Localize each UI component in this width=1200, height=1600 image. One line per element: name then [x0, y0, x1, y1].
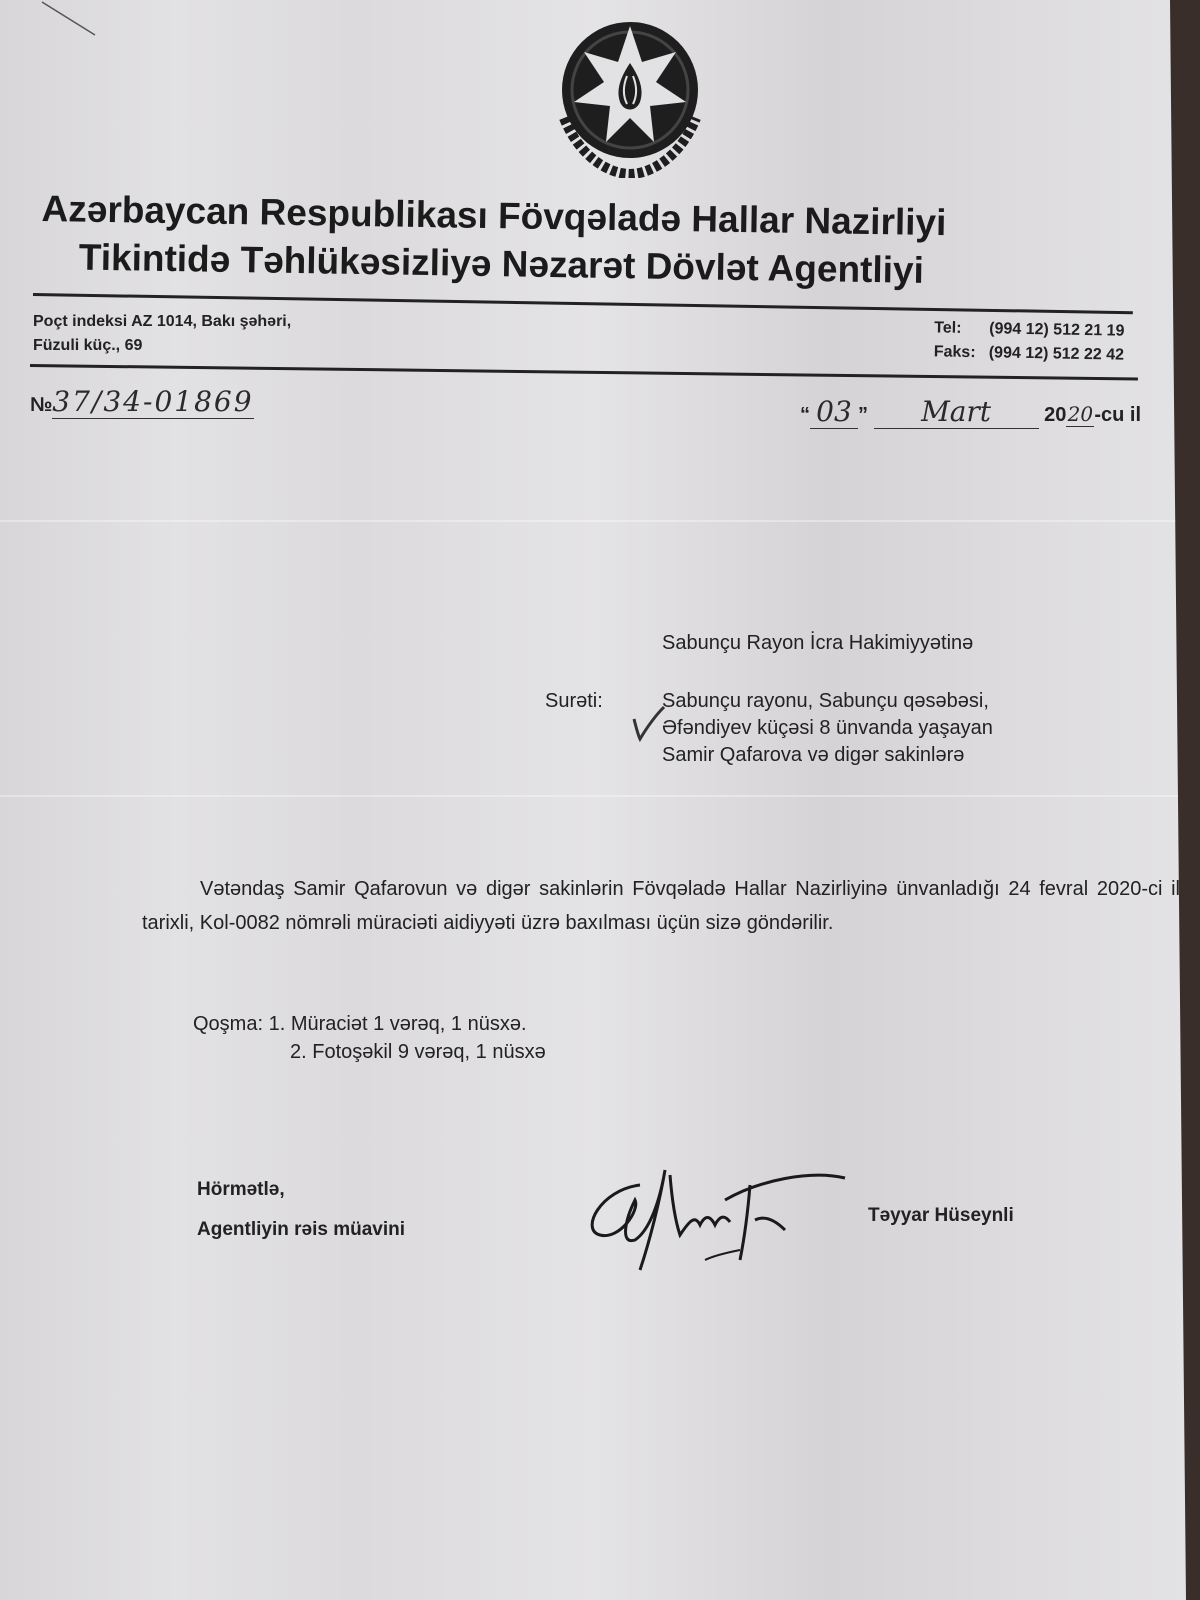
copy-line: Sabunçu rayonu, Sabunçu qəsəbəsi,	[662, 688, 993, 715]
organization-name: Azərbaycan Respublikası Fövqəladə Hallar…	[40, 185, 1141, 298]
letter-page: Azərbaycan Respublikası Fövqəladə Hallar…	[0, 0, 1186, 1600]
quote-close: ”	[858, 404, 868, 426]
copy-label: Surəti:	[545, 688, 603, 715]
pen-mark-icon	[40, 0, 100, 40]
attachments-label: Qoşma:	[193, 1013, 263, 1035]
copy-line: Əfəndiyev küçəsi 8 ünvanda yaşayan	[662, 715, 993, 742]
closing-block: Hörmətlə, Agentliyin rəis müavini	[197, 1170, 405, 1250]
date-day: 03	[810, 395, 858, 429]
fax-label: Faks:	[934, 340, 989, 365]
signer-position: Agentliyin rəis müavini	[197, 1210, 405, 1250]
paper-fold	[0, 795, 1186, 797]
attachment-item: 2. Fotoşəkil 9 vərəq, 1 nüsxə	[290, 1041, 546, 1063]
number-handwritten: 37/34-01869	[52, 385, 253, 419]
tel-label: Tel:	[934, 316, 989, 341]
divider	[30, 364, 1138, 381]
year-suffix: -cu il	[1094, 404, 1141, 426]
signer-name: Təyyar Hüseynli	[868, 1205, 1014, 1227]
address-line: Füzuli küç., 69	[33, 334, 291, 358]
year-prefix: 20	[1044, 404, 1066, 426]
number-sign: №	[30, 394, 52, 416]
body-paragraph: Vətəndaş Samir Qafarovun və digər sakinl…	[142, 872, 1180, 940]
tel-value: (994 12) 512 21 19	[989, 320, 1124, 339]
year-handwritten: 20	[1066, 402, 1094, 427]
recipient: Sabunçu Rayon İcra Hakimiyyətinə	[662, 632, 973, 655]
document-date: “03” Mart 2020-cu il	[800, 395, 1141, 429]
handwritten-signature-icon	[580, 1160, 850, 1280]
postal-address: Poçt indeksi AZ 1014, Bakı şəhəri, Füzul…	[33, 310, 291, 358]
paper-fold	[0, 520, 1186, 522]
copy-line: Samir Qafarova və digər sakinlərə	[662, 742, 993, 769]
contact-info: Tel:(994 12) 512 21 19 Faks:(994 12) 512…	[934, 316, 1125, 367]
document-number: №37/34-01869	[30, 385, 254, 419]
date-month: Mart	[874, 395, 1039, 429]
azerbaijan-state-emblem-icon	[550, 18, 710, 178]
quote-open: “	[800, 404, 810, 426]
address-line: Poçt indeksi AZ 1014, Bakı şəhəri,	[33, 310, 291, 334]
checkmark-icon	[630, 705, 670, 745]
salutation: Hörmətlə,	[197, 1170, 405, 1210]
attachment-item: 1. Müraciət 1 vərəq, 1 nüsxə.	[269, 1013, 527, 1035]
attachments: Qoşma: 1. Müraciət 1 vərəq, 1 nüsxə. 2. …	[193, 1010, 546, 1066]
fax-value: (994 12) 512 22 42	[989, 344, 1124, 363]
